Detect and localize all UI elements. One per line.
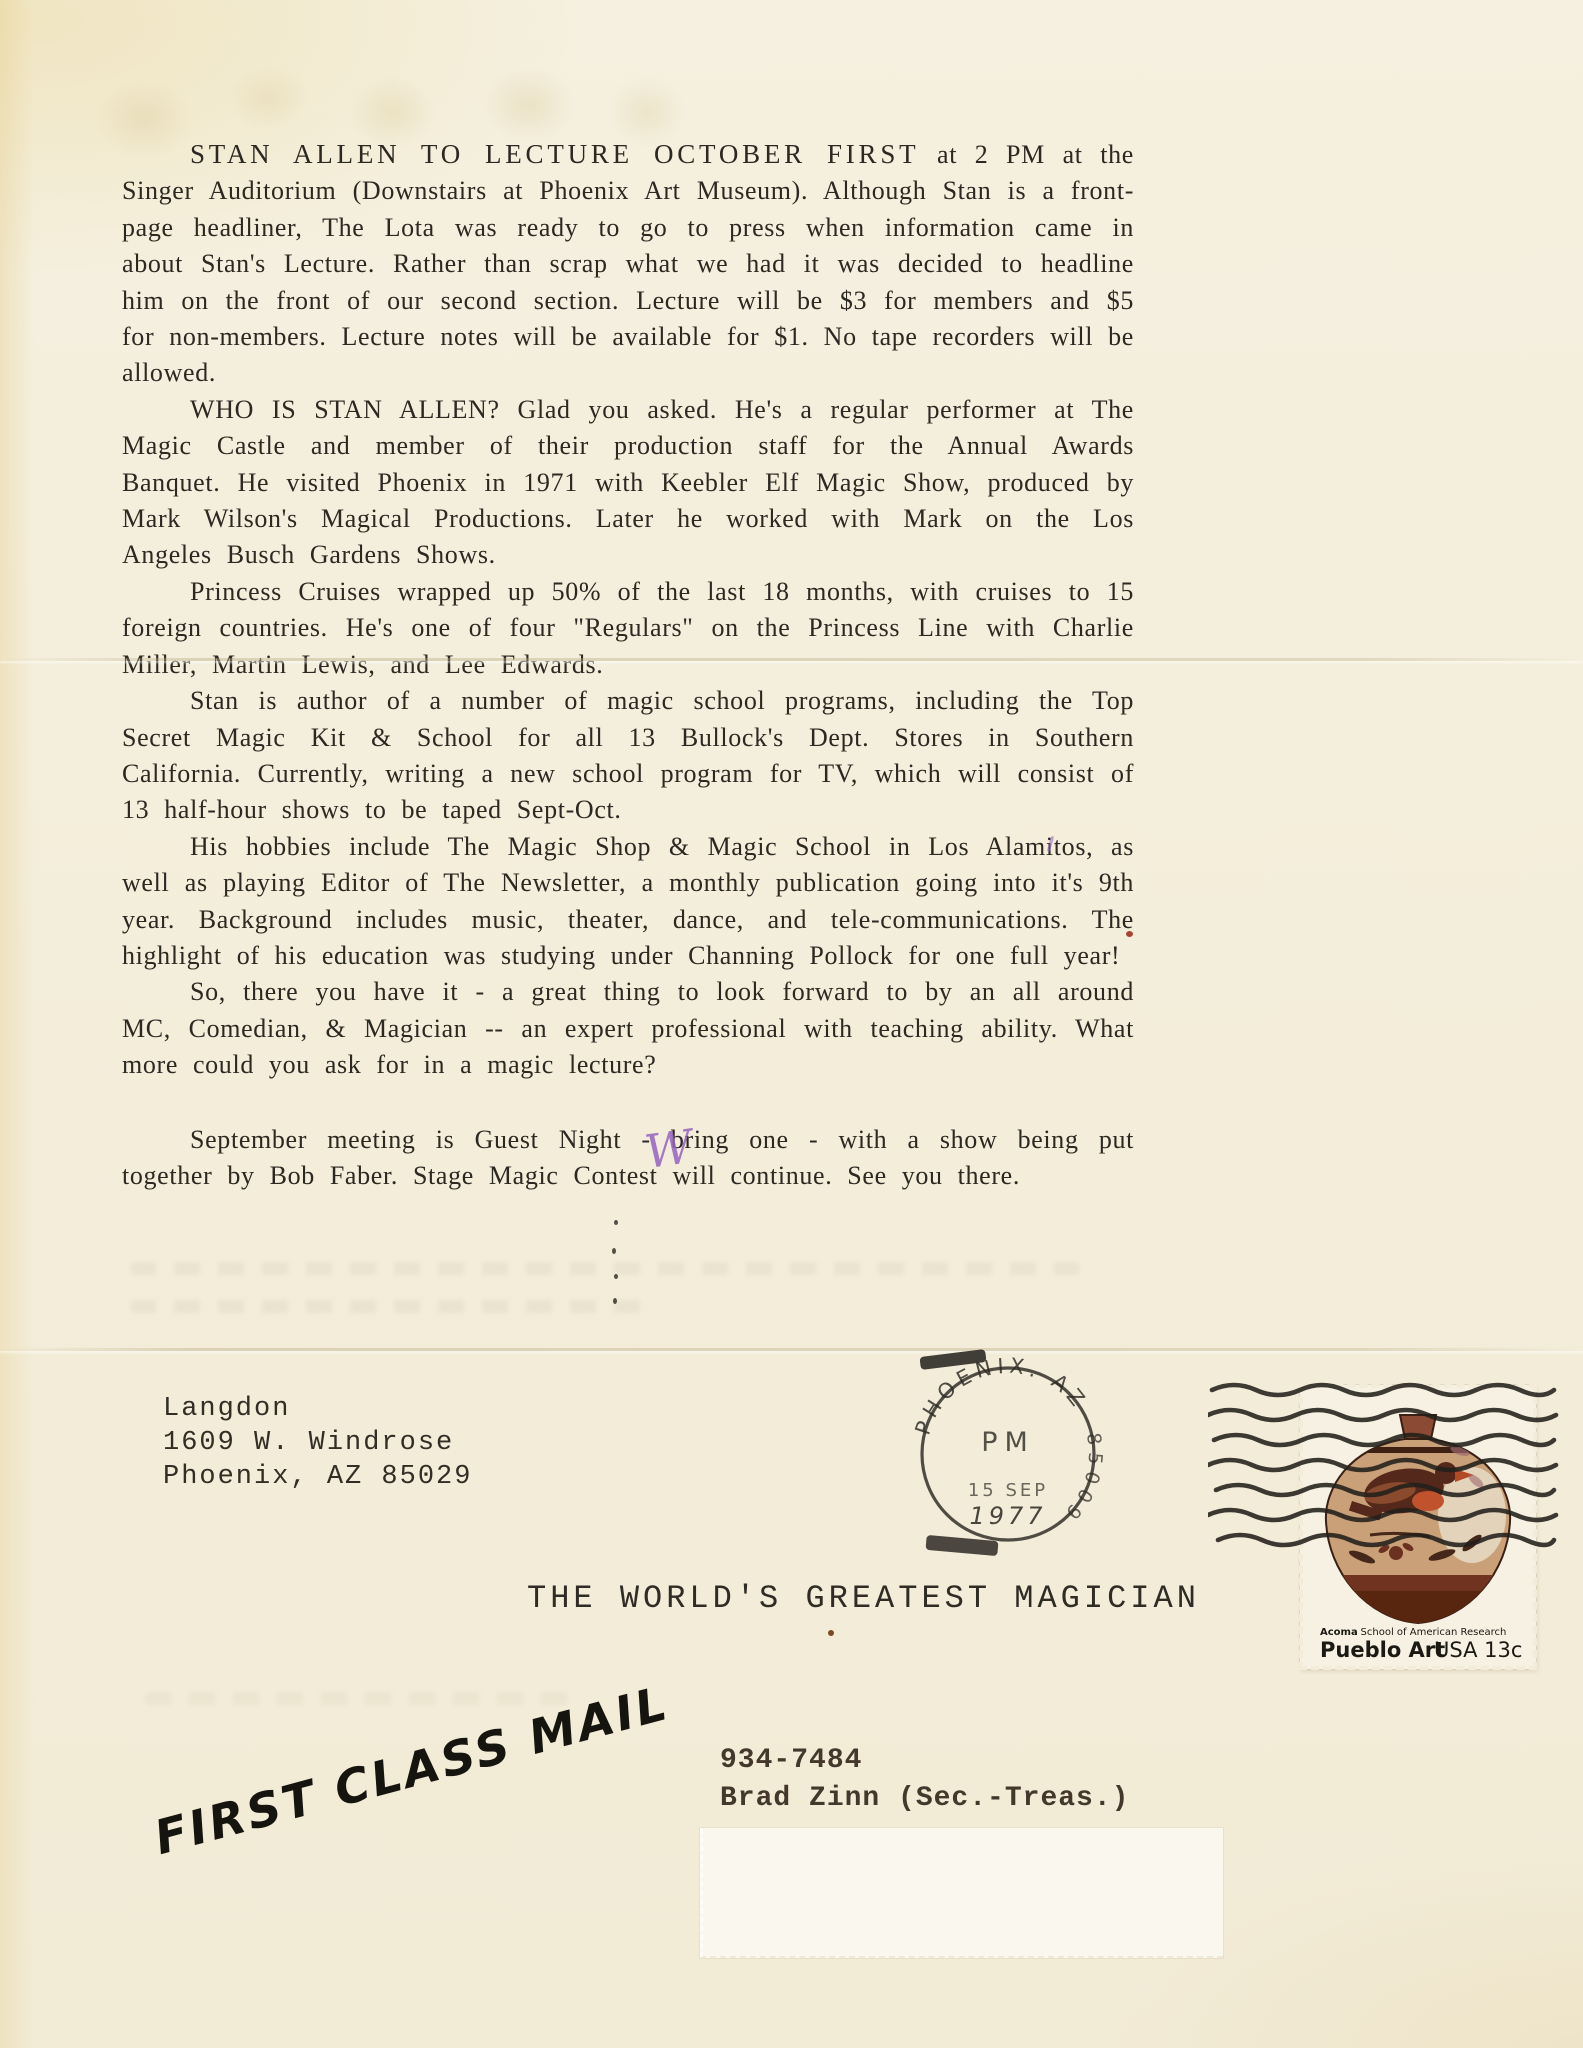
paragraph-lecture-announcement: STAN ALLEN TO LECTURE OCTOBER FIRST at 2…: [122, 136, 1134, 392]
postmark-date: 15 SEP: [968, 1480, 1048, 1501]
fold-crease: [0, 658, 1583, 661]
fold-crease: [0, 1348, 1583, 1351]
ink-speck: [828, 1630, 834, 1636]
paragraph-who-is-stan-allen: WHO IS STAN ALLEN? Glad you asked. He's …: [122, 392, 1134, 574]
return-address-street: 1609 W. Windrose: [163, 1426, 472, 1460]
contact-phone: 934-7484: [720, 1742, 1129, 1780]
stamp-caption-lead: Acoma: [1320, 1627, 1358, 1638]
paragraph-magic-school-programs: Stan is author of a number of magic scho…: [122, 683, 1134, 829]
slogan-line: THE WORLD'S GREATEST MAGICIAN: [527, 1580, 1200, 1617]
bleed-through-line: [130, 1262, 1080, 1275]
paragraph-text: at 2 PM at the Singer Auditorium (Downst…: [122, 140, 1134, 387]
ink-speck: [1126, 931, 1133, 937]
stamp-title: Pueblo Art: [1320, 1638, 1445, 1662]
svg-text:85009: 85009: [1057, 1431, 1106, 1527]
return-address-city: Phoenix, AZ 85029: [163, 1460, 472, 1494]
ink-dot: [614, 1220, 618, 1225]
stamp-caption-rest: : School of American Research: [1354, 1627, 1506, 1638]
postmark-year: 1977: [969, 1502, 1046, 1530]
contact-block: 934-7484 Brad Zinn (Sec.-Treas.): [720, 1742, 1129, 1818]
paragraph-hobbies: His hobbies include The Magic Shop & Mag…: [122, 829, 1134, 975]
headline-lead: STAN ALLEN TO LECTURE OCTOBER FIRST: [190, 139, 919, 169]
contact-name: Brad Zinn (Sec.-Treas.): [720, 1780, 1129, 1818]
scanned-newsletter-page: STAN ALLEN TO LECTURE OCTOBER FIRST at 2…: [0, 0, 1583, 2048]
cancellation-waves: [1208, 1380, 1560, 1565]
paragraph-september-meeting: September meeting is Guest Night - bring…: [122, 1122, 1134, 1195]
return-address-name: Langdon: [163, 1392, 472, 1426]
paragraph-princess-cruises: Princess Cruises wrapped up 50% of the l…: [122, 574, 1134, 683]
handwritten-purple-mark: W: [641, 1119, 695, 1179]
return-address: Langdon 1609 W. Windrose Phoenix, AZ 850…: [163, 1392, 472, 1494]
bleed-through-line: [130, 1300, 650, 1313]
blank-address-label: [700, 1828, 1223, 1958]
bleed-through-line: [145, 1692, 575, 1705]
stamp-denomination: USA 13c: [1434, 1638, 1522, 1662]
paragraph-summary: So, there you have it - a great thing to…: [122, 974, 1134, 1083]
postmark-meridiem: PM: [981, 1427, 1035, 1458]
ink-dot: [612, 1248, 616, 1254]
ink-dot: [613, 1298, 617, 1304]
ink-dot: [614, 1274, 618, 1279]
postmark-stamp: PHOENIX. AZ 85009 PM 15 SEP 1977: [905, 1348, 1111, 1558]
postmark-zip: 85009: [1057, 1431, 1106, 1527]
newsletter-body: STAN ALLEN TO LECTURE OCTOBER FIRST at 2…: [122, 136, 1134, 1194]
